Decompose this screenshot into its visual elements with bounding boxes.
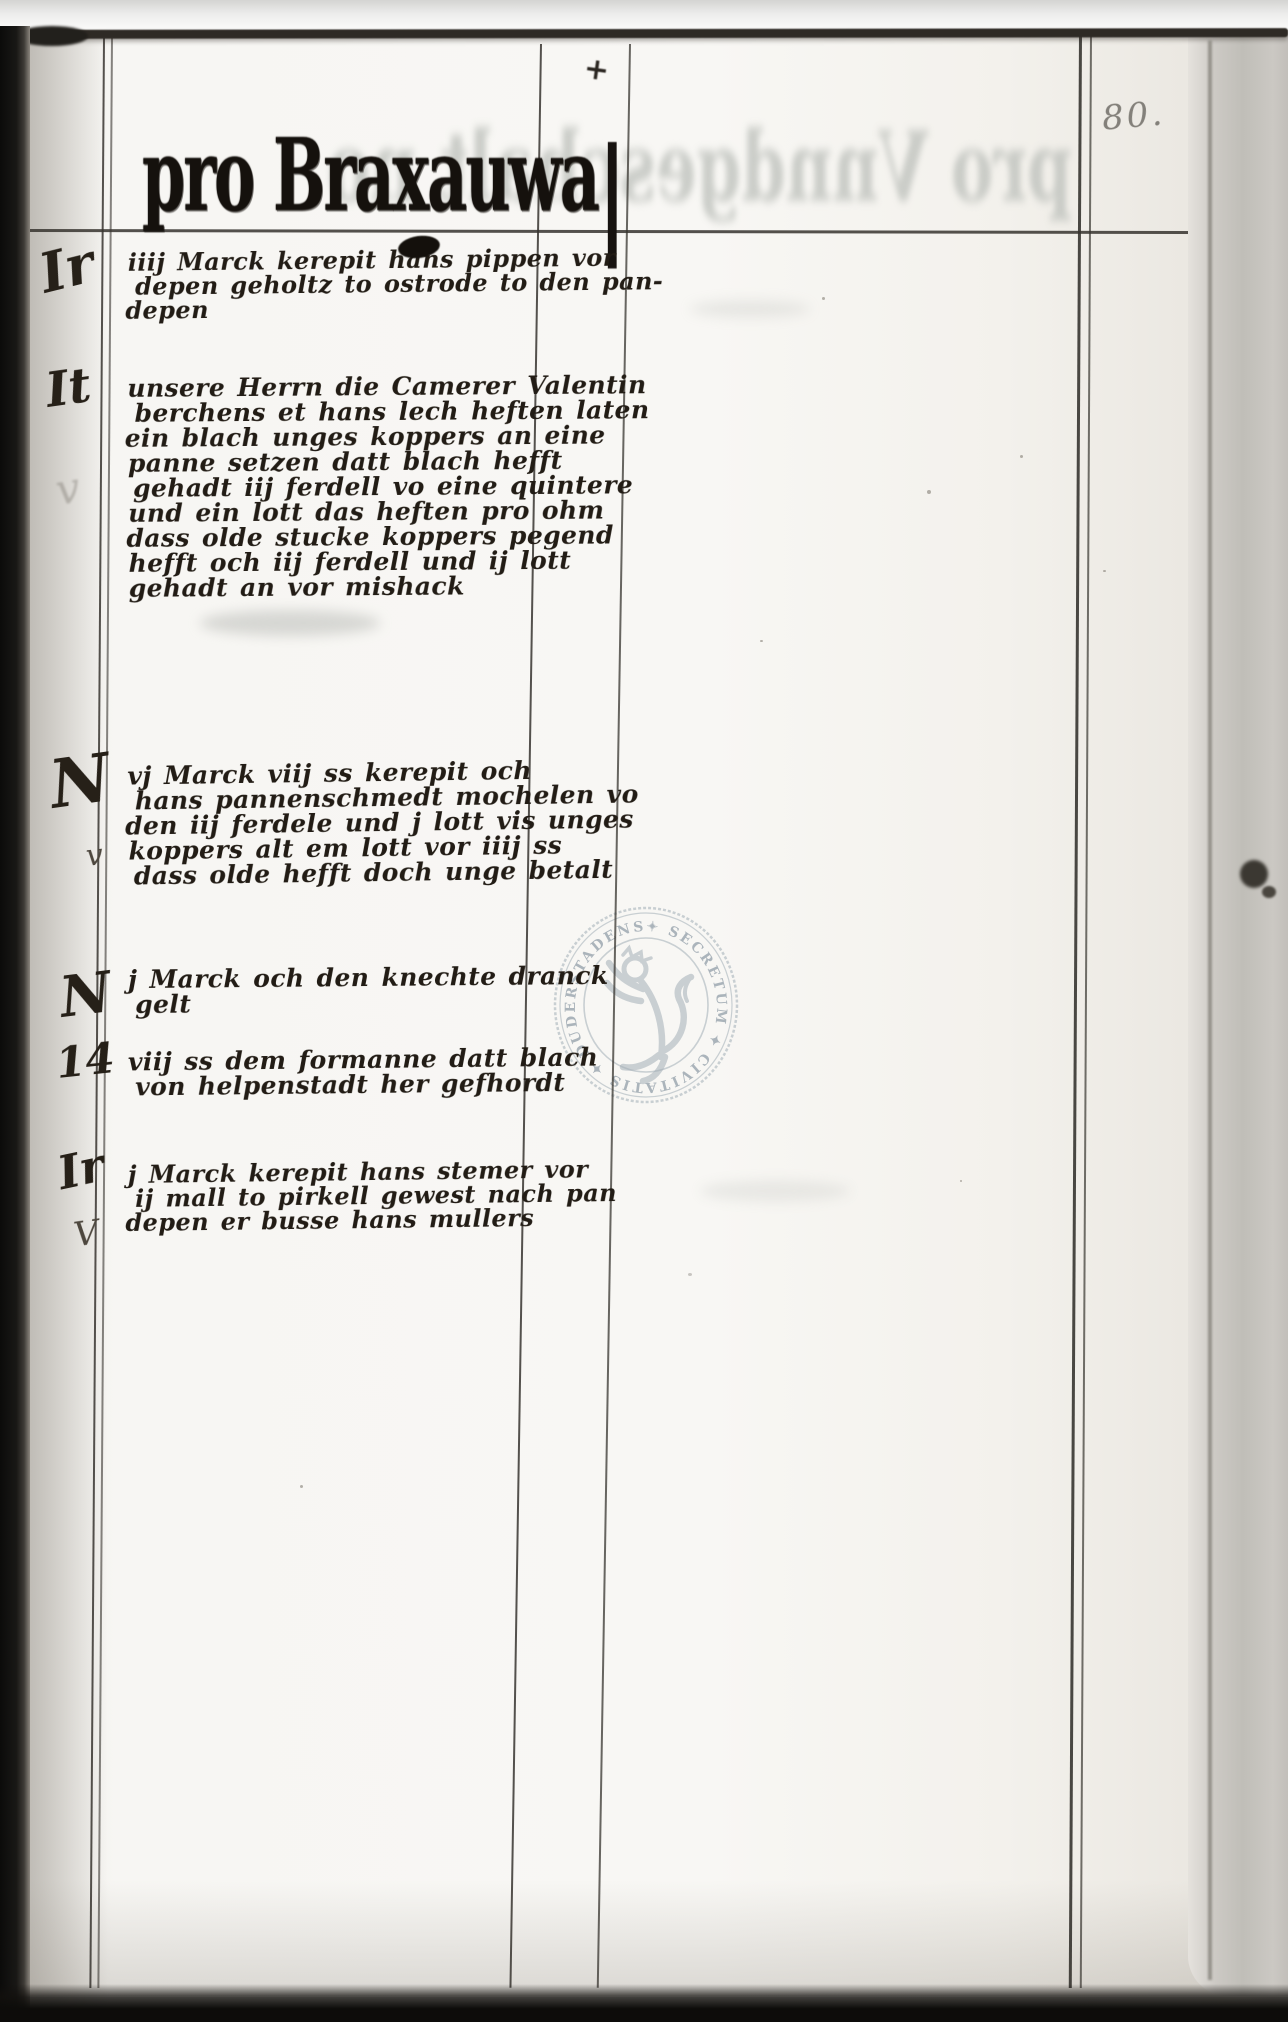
ledger-entry-2: unsere Herrn die Camerer Valentin berche…: [127, 364, 650, 593]
paper-speck: [960, 1180, 962, 1182]
folio-number: 80.: [1100, 93, 1166, 138]
bleedthrough-smudge: [690, 300, 810, 318]
check-mark: v: [84, 837, 105, 874]
entry-line: gehadt an vor mishack: [129, 564, 651, 593]
entry-line: von helpenstadt her gefhordt: [135, 1061, 599, 1091]
paper-speck: [300, 1485, 303, 1488]
bleedthrough-smudge: [700, 1180, 850, 1202]
right-edge-stain: [1262, 886, 1276, 898]
margin-mark-item: It: [42, 357, 94, 419]
entry-line: unsere Herrn die Camerer Valentin: [127, 364, 649, 393]
paper-speck: [927, 490, 931, 494]
ledger-entry-5: viij ss dem formanne datt blach von help…: [128, 1036, 599, 1091]
ledger-entry-4: j Marck och den knechte dranck gelt: [128, 956, 609, 1010]
margin-mark-14: 14: [54, 1033, 117, 1088]
paper-speck: [1020, 455, 1023, 458]
entry-line: berchens et hans lech heften laten: [134, 389, 649, 418]
entry-line: depen geholtz to ostrode to den pan-: [135, 264, 663, 294]
paper-speck: [822, 297, 825, 300]
book-binding-edge: [0, 26, 30, 2022]
page-bottom-edge: [0, 1984, 1288, 2022]
margin-mark-n: N: [56, 959, 115, 1031]
entry-line: j Marck och den knechte dranck: [128, 956, 609, 985]
page-right-edge: [1188, 30, 1288, 1996]
paper-speck: [760, 640, 763, 642]
right-edge-stain: [1240, 860, 1268, 888]
manuscript-page-scan: pro Vnndgeschalt no ✦ SECRETUM ✦ CIVITAT…: [0, 0, 1288, 2022]
verso-heading-bleedthrough: pro Vnndgeschalt no: [632, 112, 1072, 225]
paper-top-edge: [0, 28, 1288, 39]
entry-line: und ein lott das heften pro ohm: [128, 489, 650, 518]
check-mark: V: [71, 1212, 101, 1255]
entry-line: ein blach unges koppers an eine: [125, 414, 650, 443]
entry-line: dass olde stucke koppers pegend: [126, 514, 650, 543]
paper-bottom-shading: [0, 1880, 1288, 1996]
entry-line: gehadt iij ferdell vo eine quintere: [133, 464, 650, 493]
ledger-entry-3: vj Marck viij ss kerepit och hans pannen…: [127, 748, 640, 880]
heading-flourish: +: [582, 50, 612, 88]
scanner-top-band: [0, 0, 1288, 30]
paper-speck: [1103, 570, 1106, 572]
margin-mark-n: N: [45, 738, 116, 824]
bleedthrough-smudge: [200, 610, 380, 636]
entry-line: ij mall to pirkell gewest nach pan: [135, 1173, 617, 1203]
paper-speck: [688, 1273, 692, 1276]
ledger-entry-6: j Marck kerepit hans stemer vor ij mall …: [128, 1149, 618, 1227]
page-edge-crease: [1208, 40, 1212, 1980]
ledger-entry-1: iiij Marck kerepit hans pippen vor depen…: [128, 240, 664, 318]
page-heading: pro Braxauwa: [142, 116, 598, 234]
lion-rampant-icon: [607, 948, 691, 1081]
